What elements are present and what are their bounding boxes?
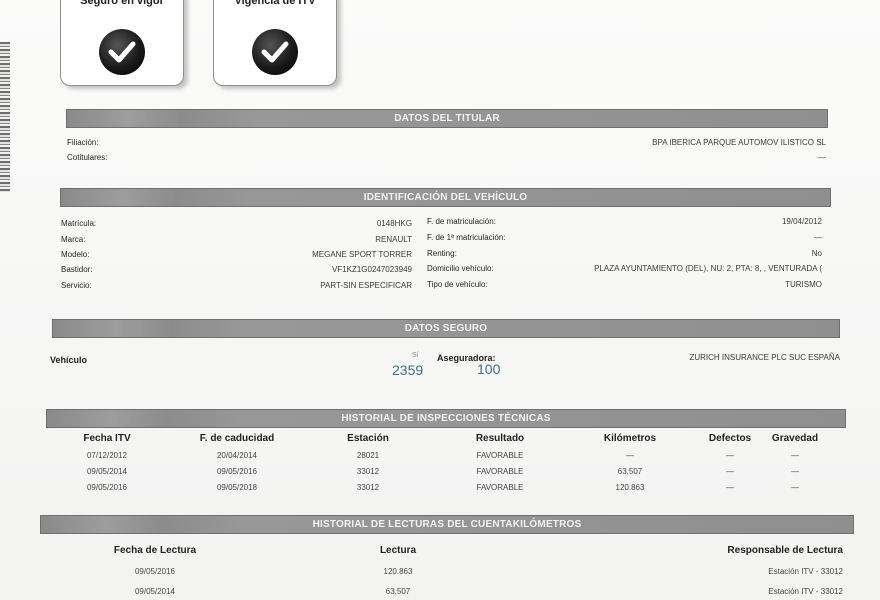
f-primera-matriculacion-value: — [814, 233, 822, 242]
seguro-vehiculo-value: Sí [412, 352, 419, 359]
table-cell: 33012 [308, 467, 428, 476]
table-cell: Estación ITV - 33012 [768, 587, 843, 596]
check-circle-icon [99, 29, 145, 75]
card-caption: Seguro en vigor [61, 0, 183, 7]
table-cell: 28021 [308, 451, 428, 460]
section-banner-vehiculo: IDENTIFICACIÓN DEL VEHÍCULO [60, 188, 831, 207]
card-caption: Vigencia de ITV [214, 0, 336, 7]
tipo-vehiculo-label: Tipo de vehículo: [427, 280, 488, 289]
table-cell: — [735, 451, 855, 460]
table-cell: 63.507 [318, 587, 478, 596]
column-header: Lectura [318, 545, 478, 556]
column-header: Fecha ITV [47, 433, 167, 444]
cotitulares-value: — [818, 153, 826, 162]
check-circle-icon [252, 29, 298, 75]
table-cell: — [735, 467, 855, 476]
table-cell: 20/04/2014 [177, 451, 297, 460]
renting-label: Renting: [427, 249, 457, 258]
status-card-itv: Vigencia de ITV [213, 0, 337, 86]
matricula-value: 0148HKG [377, 219, 412, 228]
renting-value: No [812, 249, 822, 258]
document-page: Seguro en vigor Vigencia de ITV DATOS DE… [0, 0, 880, 600]
aseguradora-value: ZURICH INSURANCE PLC SUC ESPAÑA [689, 353, 840, 362]
table-cell: 07/12/2012 [47, 451, 167, 460]
modelo-label: Modelo: [61, 250, 89, 259]
servicio-label: Servicio: [61, 281, 92, 290]
table-cell: — [735, 483, 855, 492]
column-header: Fecha de Lectura [75, 545, 235, 556]
seguro-vehiculo-label: Vehículo [50, 355, 87, 365]
stamp-number-left: 2359 [392, 362, 423, 378]
filiacion-label: Filiación: [67, 138, 99, 147]
barcode-strip [0, 42, 10, 192]
table-cell: 09/05/2016 [177, 467, 297, 476]
section-banner-titular: DATOS DEL TITULAR [66, 109, 828, 128]
domicilio-label: Domicilio vehículo: [427, 264, 494, 273]
domicilio-value: PLAZA AYUNTAMIENTO (DEL), NU: 2, PTA: 8,… [594, 264, 822, 273]
table-cell: 09/05/2018 [177, 483, 297, 492]
table-cell: 09/05/2016 [75, 567, 235, 576]
f-matriculacion-value: 19/04/2012 [782, 217, 822, 226]
table-cell: 09/05/2014 [47, 467, 167, 476]
table-cell: 33012 [308, 483, 428, 492]
table-cell: 09/05/2014 [75, 587, 235, 596]
section-banner-seguro: DATOS SEGURO [52, 319, 840, 338]
section-banner-inspecciones: HISTORIAL DE INSPECCIONES TÉCNICAS [46, 409, 846, 428]
modelo-value: MEGANE SPORT TORRER [312, 250, 412, 259]
column-header: F. de caducidad [177, 433, 297, 444]
table-cell: FAVORABLE [440, 451, 560, 460]
servicio-value: PART-SIN ESPECIFICAR [320, 281, 412, 290]
table-cell: FAVORABLE [440, 467, 560, 476]
table-cell: 120.863 [318, 567, 478, 576]
marca-label: Marca: [61, 235, 85, 244]
f-primera-matriculacion-label: F. de 1ª matriculación: [427, 233, 506, 242]
section-banner-lecturas: HISTORIAL DE LECTURAS DEL CUENTAKILÓMETR… [40, 515, 854, 534]
column-header: Resultado [440, 433, 560, 444]
tipo-vehiculo-value: TURISMO [785, 280, 822, 289]
stamp-number-right: 100 [477, 361, 500, 377]
column-header: Responsable de Lectura [727, 545, 843, 556]
bastidor-label: Bastidor: [61, 265, 93, 274]
bastidor-value: VF1KZ1G0247023949 [332, 265, 412, 274]
matricula-label: Matrícula: [61, 219, 96, 228]
table-cell: 09/05/2016 [47, 483, 167, 492]
column-header: Estación [308, 433, 428, 444]
status-card-seguro: Seguro en vigor [60, 0, 184, 86]
f-matriculacion-label: F. de matriculación: [427, 217, 496, 226]
table-cell: FAVORABLE [440, 483, 560, 492]
column-header: Gravedad [735, 433, 855, 444]
table-cell: Estación ITV - 33012 [768, 567, 843, 576]
cotitulares-label: Cotitulares: [67, 153, 107, 162]
filiacion-value: BPA IBERICA PARQUE AUTOMOV ILISTICO SL [652, 138, 826, 147]
marca-value: RENAULT [375, 235, 412, 244]
